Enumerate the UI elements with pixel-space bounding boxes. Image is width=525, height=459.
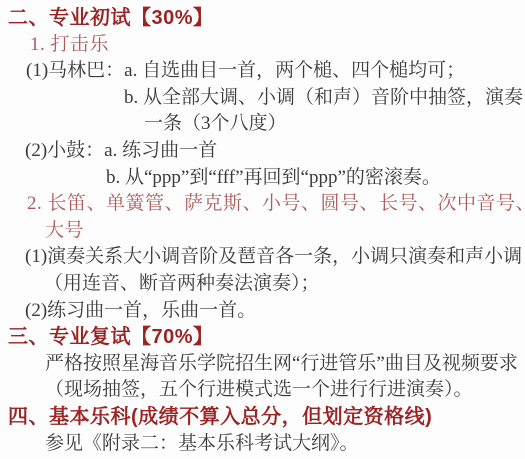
heading-basic-music-theory: 四、基本乐科(成绩不算入总分，但划定资格线)	[0, 404, 525, 431]
line-winds-scales: (1)演奏关系大小调音阶及琶音各一条，小调只演奏和声小调	[0, 244, 525, 271]
item-winds-list-continued: 大号	[0, 218, 525, 245]
line-snare-b: b. 从“ppp”到“fff”再回到“ppp”的密滚奏。	[0, 165, 525, 192]
line-winds-scales-continued: （用连音、断音两种奏法演奏）；	[0, 271, 525, 298]
line-marimba-b: b. 从全部大调、小调（和声）音阶中抽签，演奏	[0, 85, 525, 112]
heading-professional-preliminary: 二、专业初试【30%】	[0, 5, 525, 32]
line-marimba-a: (1)马林巴：a. 自选曲目一首，两个槌、四个槌均可；	[0, 58, 525, 85]
line-winds-etude: (2)练习曲一首，乐曲一首。	[0, 298, 525, 325]
item-percussion: 1. 打击乐	[0, 32, 525, 59]
line-basic-theory-reference: 参见《附录二：基本乐科考试大纲》。	[0, 431, 525, 458]
document: 二、专业初试【30%】 1. 打击乐 (1)马林巴：a. 自选曲目一首，两个槌、…	[0, 0, 525, 457]
line-retest-requirement-continued: （现场抽签，五个行进模式选一个进行行进演奏）。	[0, 377, 525, 404]
line-snare-a: (2)小鼓：a. 练习曲一首	[0, 138, 525, 165]
line-retest-requirement: 严格按照星海音乐学院招生网“行进管乐”曲目及视频要求	[0, 351, 525, 378]
item-winds-list: 2. 长笛、单簧管、萨克斯、小号、圆号、长号、次中音号、	[0, 191, 525, 218]
heading-professional-retest: 三、专业复试【70%】	[0, 324, 525, 351]
line-marimba-b-continued: 一条（3个八度）	[0, 111, 525, 138]
